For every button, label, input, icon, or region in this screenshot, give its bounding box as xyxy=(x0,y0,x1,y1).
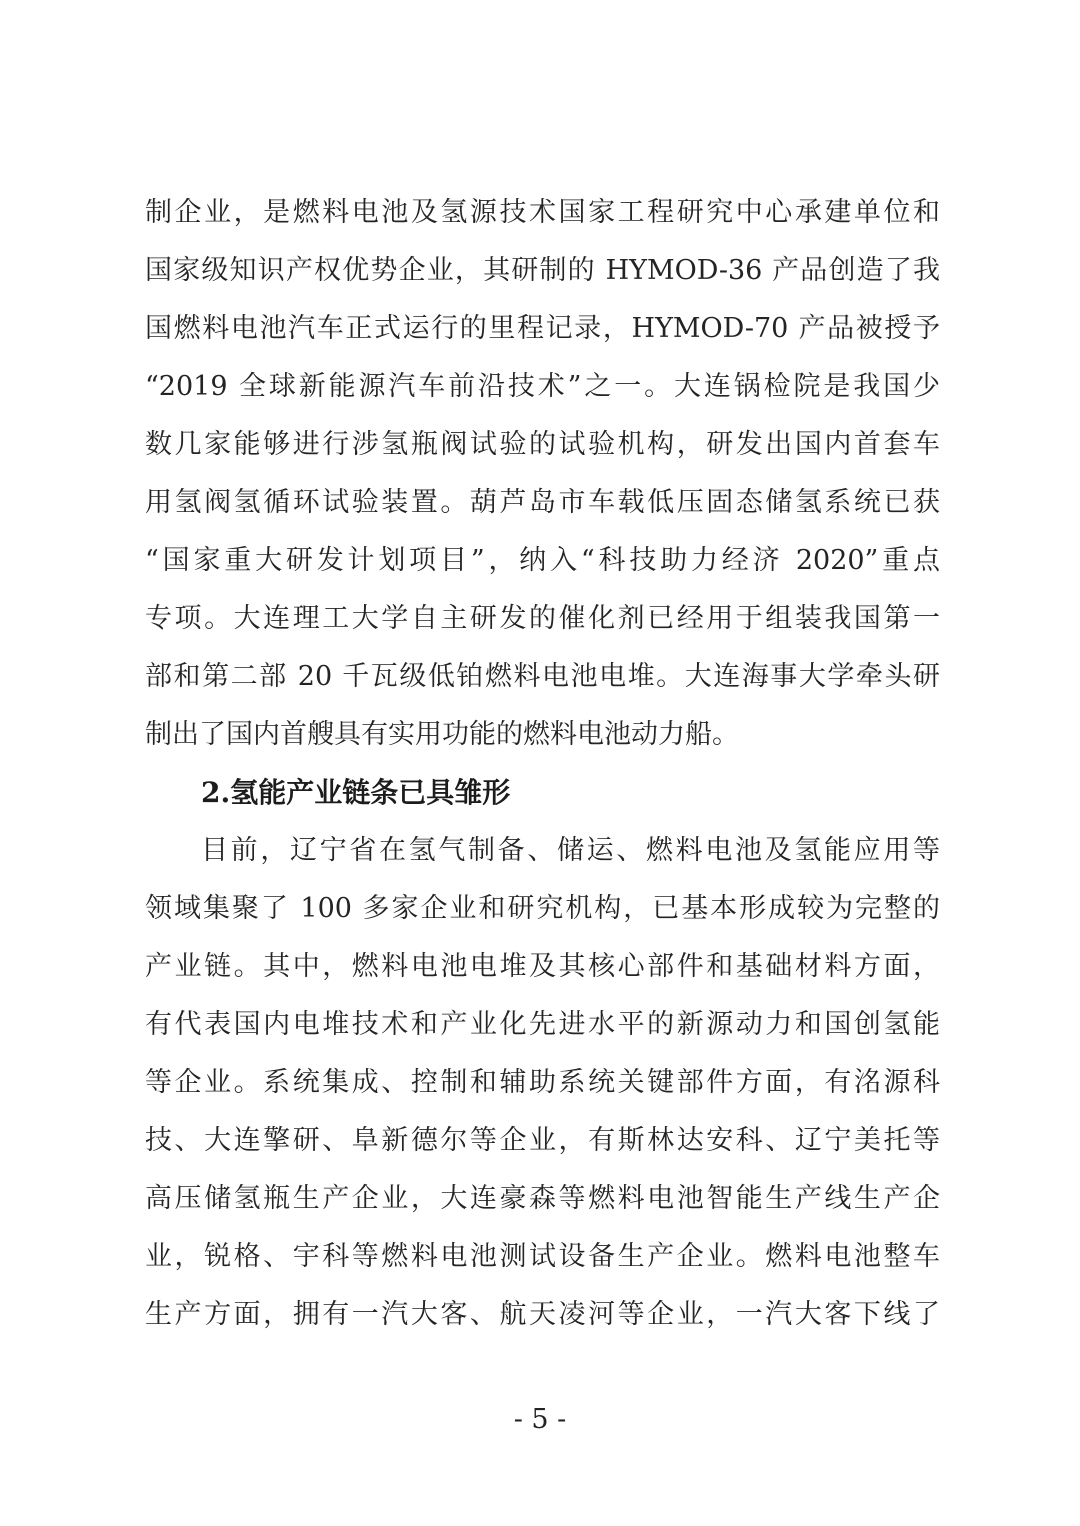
paragraph1-line: 国燃料电池汽车正式运行的里程记录，HYMOD-70 产品被授予 xyxy=(145,300,940,358)
document-body: 制企业，是燃料电池及氢源技术国家工程研究中心承建单位和 国家级知识产权优势企业，… xyxy=(145,184,940,1344)
paragraph2-line: 技、大连擎研、阜新德尔等企业，有斯林达安科、辽宁美托等 xyxy=(145,1112,940,1170)
paragraph1-line: 专项。大连理工大学自主研发的催化剂已经用于组装我国第一 xyxy=(145,590,940,648)
paragraph1-line: 制企业，是燃料电池及氢源技术国家工程研究中心承建单位和 xyxy=(145,184,940,242)
paragraph2-line: 领域集聚了 100 多家企业和研究机构，已基本形成较为完整的 xyxy=(145,880,940,938)
paragraph1-line: 用氢阀氢循环试验装置。葫芦岛市车载低压固态储氢系统已获 xyxy=(145,474,940,532)
paragraph2-line: 业，锐格、宇科等燃料电池测试设备生产企业。燃料电池整车 xyxy=(145,1228,940,1286)
paragraph2-line: 有代表国内电堆技术和产业化先进水平的新源动力和国创氢能 xyxy=(145,996,940,1054)
paragraph2-line: 生产方面，拥有一汽大客、航天凌河等企业，一汽大客下线了 xyxy=(145,1286,940,1344)
paragraph1-line: “2019 全球新能源汽车前沿技术”之一。大连锅检院是我国少 xyxy=(145,358,940,416)
section-heading: 2.氢能产业链条已具雏形 xyxy=(145,764,940,822)
paragraph1-line: 国家级知识产权优势企业，其研制的 HYMOD-36 产品创造了我 xyxy=(145,242,940,300)
paragraph1-line: 部和第二部 20 千瓦级低铂燃料电池电堆。大连海事大学牵头研 xyxy=(145,648,940,706)
paragraph2-line: 高压储氢瓶生产企业，大连豪森等燃料电池智能生产线生产企 xyxy=(145,1170,940,1228)
paragraph2-line: 目前，辽宁省在氢气制备、储运、燃料电池及氢能应用等 xyxy=(145,822,940,880)
paragraph2-line: 产业链。其中，燃料电池电堆及其核心部件和基础材料方面， xyxy=(145,938,940,996)
paragraph1-line: 数几家能够进行涉氢瓶阀试验的试验机构，研发出国内首套车 xyxy=(145,416,940,474)
page-number: - 5 - xyxy=(0,1392,1080,1448)
paragraph2-line: 等企业。系统集成、控制和辅助系统关键部件方面，有洺源科 xyxy=(145,1054,940,1112)
paragraph1-line: “国家重大研发计划项目”，纳入“科技助力经济 2020”重点 xyxy=(145,532,940,590)
document-page: 制企业，是燃料电池及氢源技术国家工程研究中心承建单位和 国家级知识产权优势企业，… xyxy=(0,0,1080,1526)
paragraph1-line: 制出了国内首艘具有实用功能的燃料电池动力船。 xyxy=(145,706,940,764)
